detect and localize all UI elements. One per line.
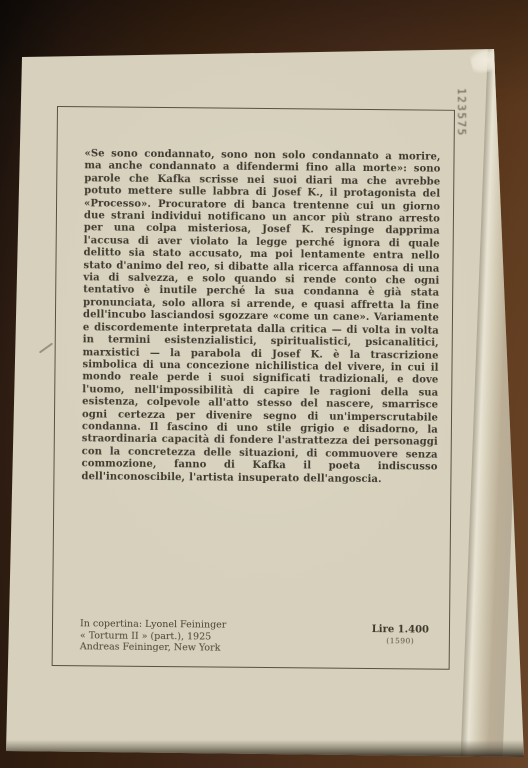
inventory-number: 123575	[455, 88, 468, 137]
credits-row: In copertina: Lyonel Feininger « Torturm…	[80, 618, 435, 656]
printed-frame: «Se sono condannato, sono non solo conda…	[52, 106, 455, 670]
back-cover-blurb: «Se sono condannato, sono non solo conda…	[81, 148, 440, 486]
cover-credit: In copertina: Lyonel Feininger « Torturm…	[80, 618, 227, 654]
book-back-cover: 123575 «Se sono condannato, sono non sol…	[0, 0, 528, 768]
price-code: (1590)	[372, 636, 429, 646]
photo-scene: 123575 «Se sono condannato, sono non sol…	[0, 0, 528, 768]
price: Lire 1.400	[372, 624, 429, 636]
credit-line-3: Andreas Feininger, New York	[80, 642, 226, 655]
price-block: Lire 1.400 (1590)	[372, 624, 435, 646]
